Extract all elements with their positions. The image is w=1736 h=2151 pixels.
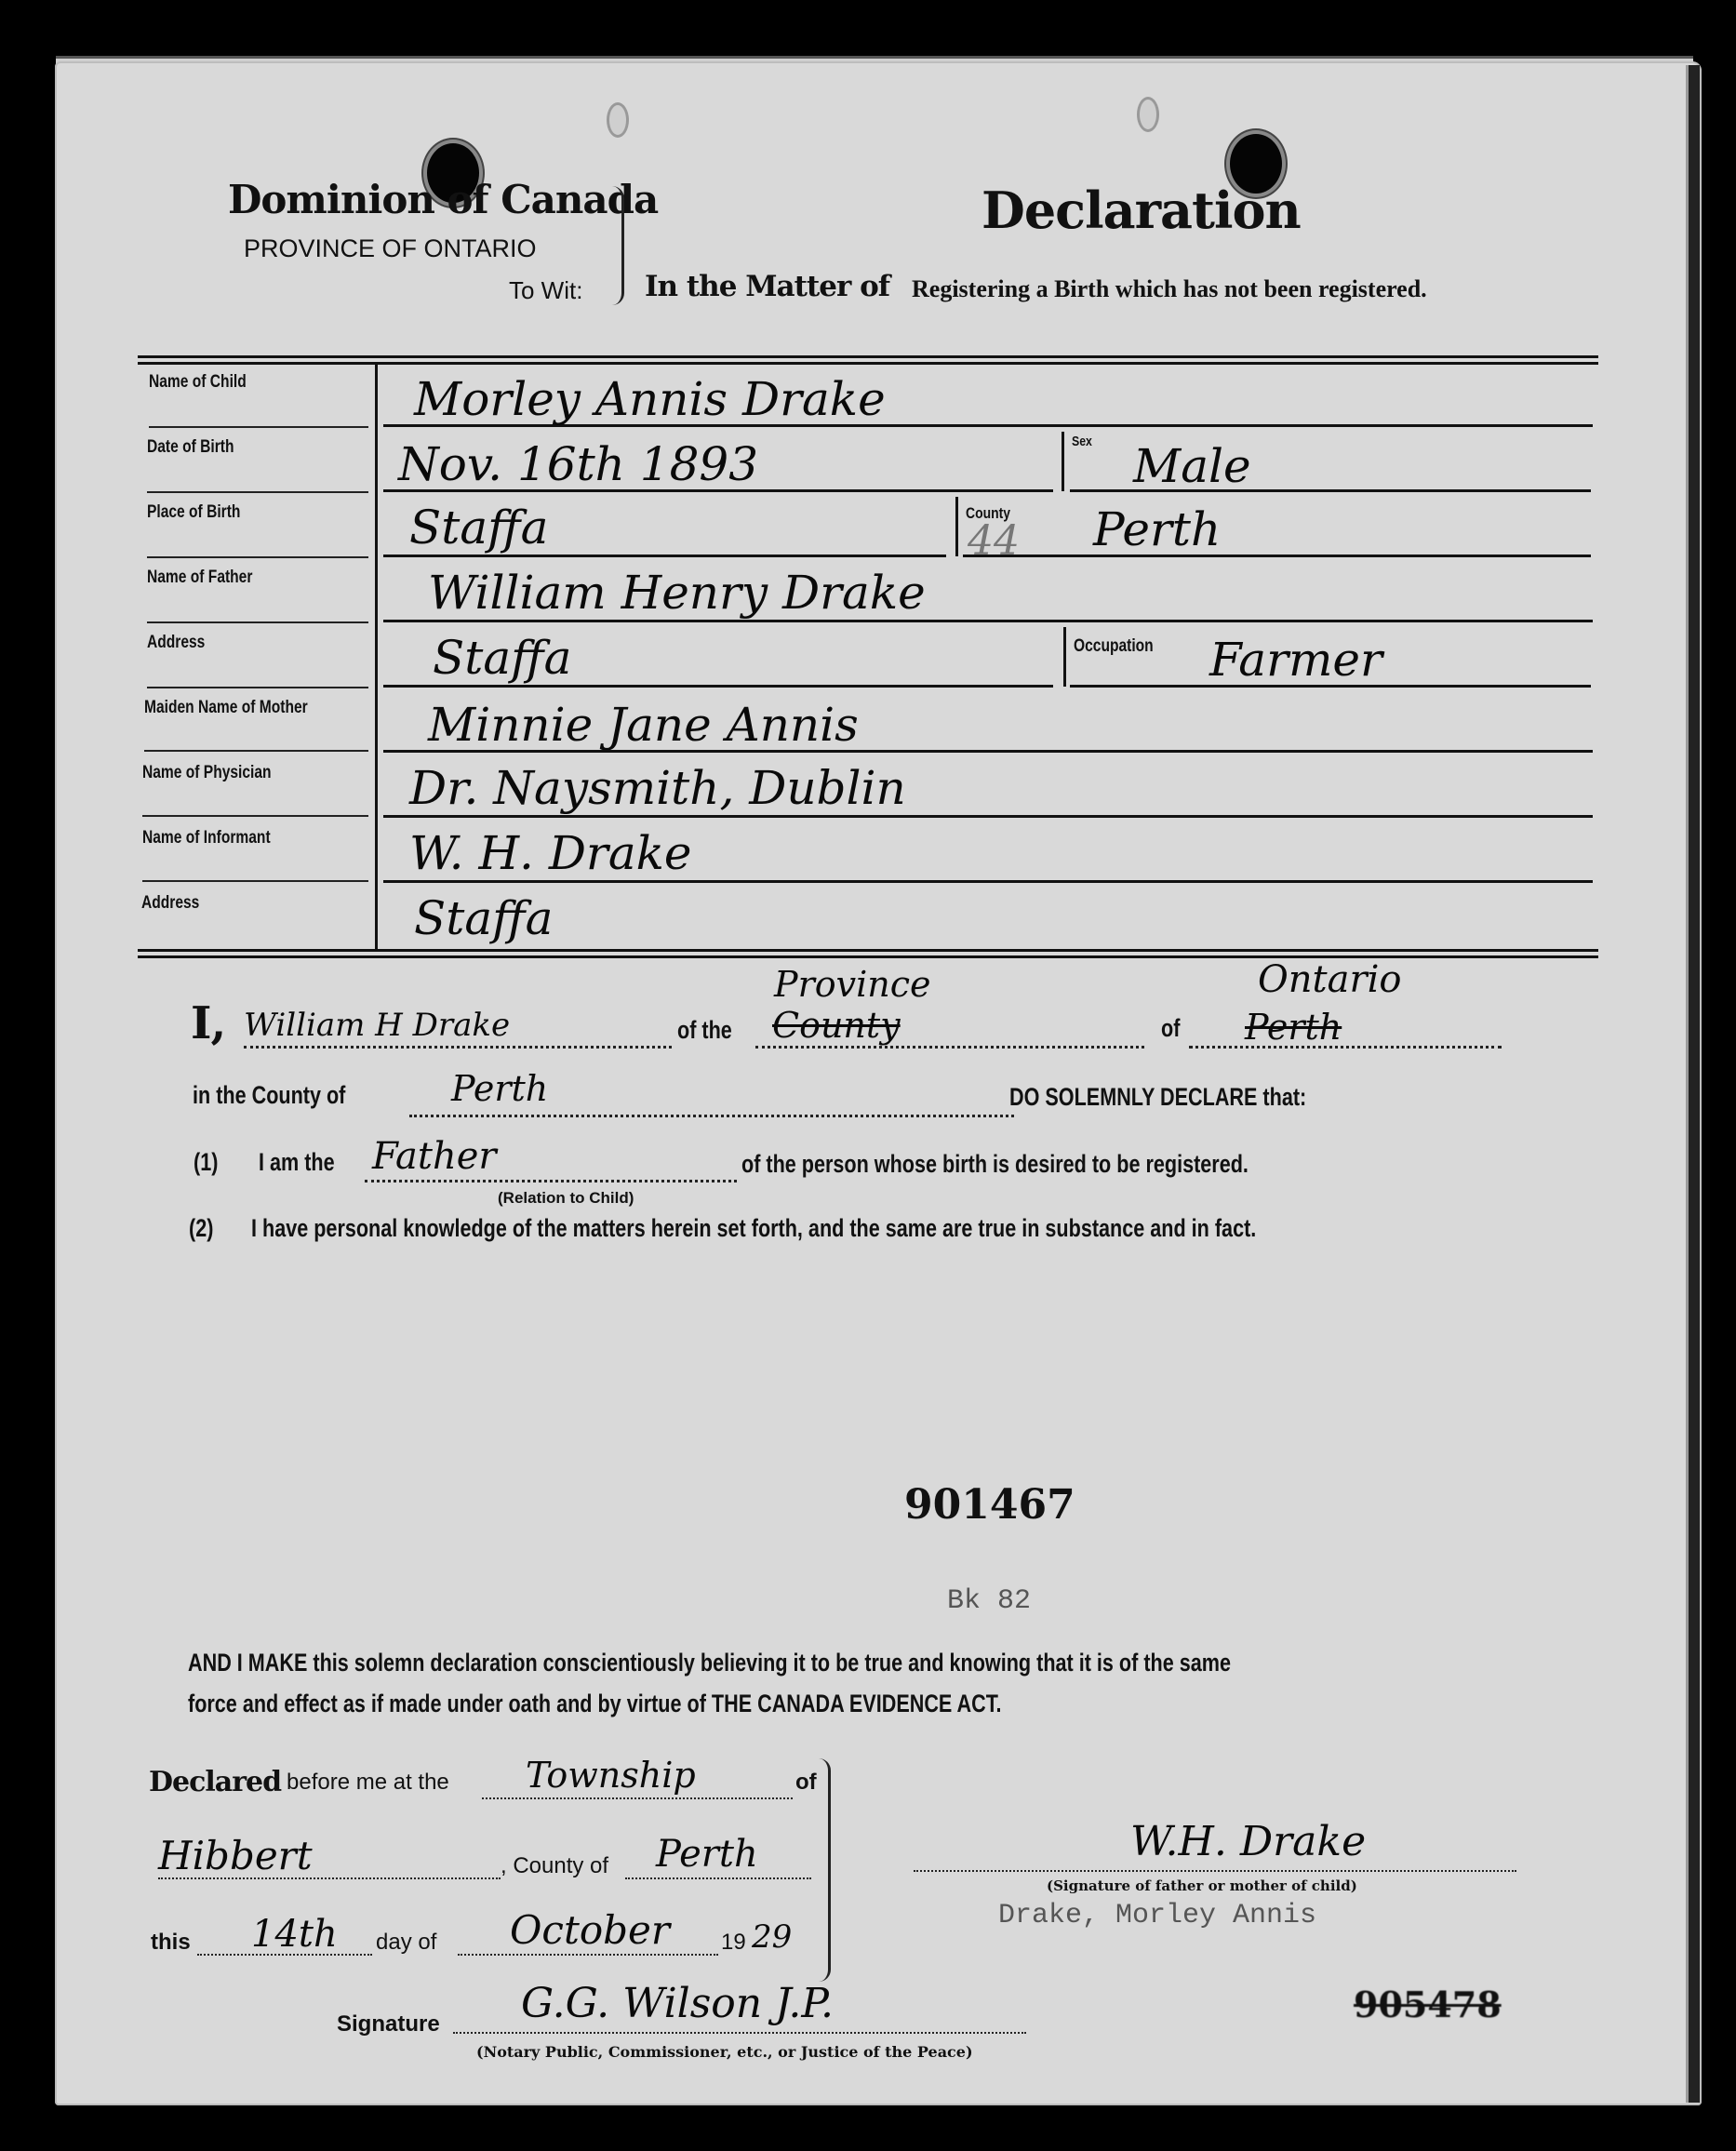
oath-line-1: AND I MAKE this solemn declaration consc…: [188, 1649, 1231, 1677]
value-rule: [383, 685, 1053, 688]
label-rule: [147, 621, 368, 623]
book-number: Bk 82: [947, 1585, 1031, 1617]
declared-brace: [819, 1758, 831, 1982]
label-name-of-informant: Name of Informant: [142, 828, 271, 848]
small-hole-left: [607, 102, 629, 138]
label-maiden-name-of-mother: Maiden Name of Mother: [144, 698, 308, 718]
day-line: [197, 1954, 372, 1956]
parent-signature: W.H. Drake: [1130, 1818, 1366, 1865]
label-rule: [144, 750, 368, 752]
label-rule: [142, 815, 368, 817]
value-address: Staffa: [433, 631, 571, 685]
stamped-number: 905478: [1354, 1984, 1502, 2025]
label-rule: [147, 491, 368, 493]
day-value: 14th: [251, 1913, 338, 1956]
parent-signature-caption: (Signature of father or mother of child): [1047, 1877, 1357, 1894]
label-rule: [149, 426, 368, 428]
value-sex: Male: [1133, 439, 1251, 493]
value-name-of-physician: Dr. Naysmith, Dublin: [409, 761, 906, 815]
declaration-i: I,: [191, 997, 225, 1049]
official-signature: G.G. Wilson J.P.: [521, 1980, 834, 2027]
registration-number: 901467: [904, 1481, 1075, 1529]
year-prefix: 19: [721, 1930, 746, 1956]
value-informant-address: Staffa: [414, 891, 553, 945]
jurisdiction-name: Ontario: [1258, 958, 1401, 1001]
solemnly-declare: DO SOLEMNLY DECLARE that:: [1009, 1083, 1306, 1112]
matter-prefix: In the Matter of: [645, 270, 889, 303]
declarant-county: Perth: [451, 1068, 548, 1109]
county-divider: [955, 497, 958, 556]
place-name-line: [158, 1877, 501, 1879]
jurisdiction-type-struck: County: [772, 1005, 901, 1046]
value-occupation: Farmer: [1209, 633, 1382, 687]
matter-text: Registering a Birth which has not been r…: [912, 275, 1427, 303]
declaration-title: Declaration: [982, 180, 1301, 240]
this-label: this: [151, 1930, 191, 1956]
label-address: Address: [147, 633, 205, 653]
item2-text: I have personal knowledge of the matters…: [251, 1214, 1256, 1243]
label-name-of-physician: Name of Physician: [142, 763, 272, 783]
small-hole-right: [1137, 97, 1159, 132]
label-name-of-father: Name of Father: [147, 568, 252, 588]
table-column-divider: [375, 365, 378, 949]
declared-word: Declared: [149, 1766, 281, 1798]
county-of-label: , County of: [501, 1853, 608, 1879]
month-line: [458, 1954, 718, 1956]
table-bottom-rule: [138, 949, 1598, 958]
signature-label: Signature: [337, 2011, 440, 2037]
place-type-line: [482, 1797, 793, 1799]
official-caption: (Notary Public, Commissioner, etc., or J…: [476, 2043, 973, 2061]
value-county-code: 44: [968, 517, 1020, 565]
table-top-rule: [138, 355, 1598, 365]
value-rule: [383, 815, 1593, 818]
place-name-value: Hibbert: [158, 1833, 313, 1878]
declarant-county-line: [409, 1115, 1014, 1117]
declared-county-value: Perth: [656, 1833, 758, 1876]
value-name-of-child: Morley Annis Drake: [414, 372, 886, 426]
label-rule: [142, 880, 368, 882]
sex-divider: [1062, 432, 1064, 491]
declared-of-label: of: [795, 1770, 817, 1796]
dominion-heading: Dominion of Canada: [228, 177, 658, 222]
label-rule: [147, 556, 368, 558]
to-wit-label: To Wit:: [509, 276, 582, 305]
relation-caption: (Relation to Child): [498, 1189, 634, 1208]
value-rule: [383, 620, 1593, 622]
value-maiden-name-of-mother: Minnie Jane Annis: [428, 698, 859, 752]
in-county-of-label: in the County of: [193, 1081, 345, 1110]
official-signature-line: [453, 2032, 1026, 2034]
jurisdiction-name-line: [1189, 1046, 1502, 1049]
occupation-divider: [1063, 627, 1066, 687]
label-date-of-birth: Date of Birth: [147, 437, 234, 458]
typed-child-name: Drake, Morley Annis: [998, 1900, 1316, 1931]
month-value: October: [510, 1907, 670, 1953]
of-the-label: of the: [677, 1016, 732, 1045]
label-informant-address: Address: [141, 893, 199, 914]
value-county: Perth: [1093, 502, 1221, 556]
declared-county-line: [625, 1877, 811, 1879]
paper-right-edge: [1686, 65, 1700, 2103]
header-brace: [612, 186, 624, 305]
relation-value: Father: [372, 1135, 497, 1178]
item2-number: (2): [189, 1214, 213, 1243]
declarant-line: [244, 1046, 672, 1049]
label-rule: [147, 687, 368, 688]
year-suffix: 29: [752, 1918, 792, 1956]
parent-signature-line: [914, 1870, 1516, 1872]
label-name-of-child: Name of Child: [149, 372, 247, 393]
item1-number: (1): [194, 1148, 218, 1177]
value-rule: [383, 554, 946, 557]
value-rule: [963, 554, 1591, 557]
value-date-of-birth: Nov. 16th 1893: [398, 437, 758, 491]
jurisdiction-type: Province: [774, 964, 930, 1005]
label-place-of-birth: Place of Birth: [147, 502, 240, 523]
declarant-name: William H Drake: [244, 1007, 510, 1044]
oath-line-2: force and effect as if made under oath a…: [188, 1690, 1002, 1718]
value-place-of-birth: Staffa: [409, 501, 548, 554]
jurisdiction-name-struck: Perth: [1245, 1007, 1342, 1048]
province-heading: PROVINCE OF ONTARIO: [244, 234, 537, 263]
day-of-label: day of: [376, 1930, 436, 1956]
before-me-label: before me at the: [287, 1770, 449, 1796]
value-rule: [383, 880, 1593, 883]
value-name-of-father: William Henry Drake: [428, 566, 926, 620]
label-sex: Sex: [1072, 434, 1092, 449]
value-name-of-informant: W. H. Drake: [409, 826, 692, 880]
relation-line: [365, 1180, 737, 1182]
item1-suffix: of the person whose birth is desired to …: [741, 1150, 1249, 1179]
of-label: of: [1161, 1014, 1180, 1043]
jurisdiction-type-line: [755, 1046, 1144, 1049]
item1-prefix: I am the: [259, 1148, 335, 1177]
place-type-value: Township: [526, 1755, 696, 1796]
label-occupation: Occupation: [1074, 636, 1154, 657]
